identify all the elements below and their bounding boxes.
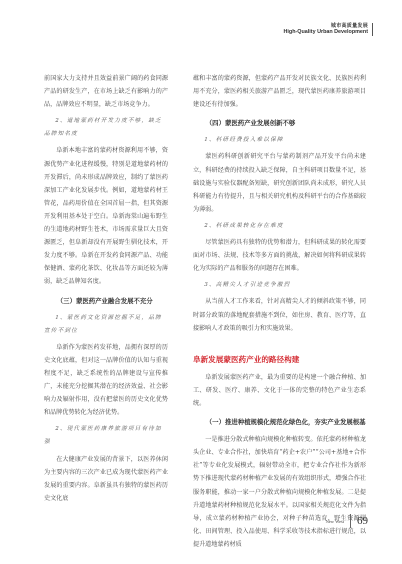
body-paragraph: 阜新作为蒙医药发祥地，品拥有深厚的历史文化底蕴，但对这一品牌价值的认知与重视程度… — [44, 341, 168, 420]
page-footer: New West 69 — [326, 514, 368, 528]
footer-divider — [350, 514, 351, 528]
body-paragraph: 一是推进分散式种植向规模化种植转变。依托蒙药材种植龙头企业、专业合作社，加快培育… — [193, 433, 366, 551]
body-paragraph: 蕴和丰富的蒙药资源，但蒙药产品开发对民族文化、民族医药利用不充分，蒙医药相关旅游… — [193, 72, 366, 111]
body-paragraph: 蒙医药科研创新研究平台与蒙药制剂产品开发平台尚未建立，科研经费的持续投入缺乏保障… — [193, 150, 366, 215]
body-paragraph: 前国家大力支持并且效益前景广阔的药食同源产品的研发生产，在市场上缺乏有影响力的产… — [44, 72, 168, 111]
subsection-heading: 1、科研经费投入难以保障 — [193, 134, 366, 147]
body-paragraph: 在大健康产业发展的背景下，以医养休闲为主要内容的三次产业已成为现代蒙医药产业发展… — [44, 453, 168, 505]
page-number: 69 — [357, 515, 368, 527]
header-divider — [372, 23, 373, 36]
subsection-heading: 2、科研成果转化存在难度 — [193, 220, 366, 233]
header-section-cn: 城市高质量发展 — [284, 22, 368, 29]
subsection-heading: 3、高精尖人才引进竞争激烈 — [193, 279, 366, 292]
body-paragraph: 尽管蒙医药具有独特的优势和潜力，但科研成果的转化需要面对市场、法规、技术等多方面… — [193, 236, 366, 275]
subsection-heading: 2、现代蒙医药康养旅游项目有待加强 — [44, 423, 168, 449]
body-paragraph: 从当前人才工作来看，针对高精尖人才的倾斜政策不够，同时部分政策的落地配套措施不到… — [193, 295, 366, 334]
section-heading: （四）蒙医药产业发展创新不够 — [193, 117, 366, 130]
chapter-heading: 阜新发展蒙医药产业的路径构建 — [193, 353, 366, 366]
running-header: 城市高质量发展 High-Quality Urban Development — [284, 22, 368, 35]
right-column: 蕴和丰富的蒙药资源，但蒙药产品开发对民族文化、民族医药利用不充分，蒙医药相关旅游… — [193, 72, 366, 551]
body-paragraph: 阜新本地丰富的蒙药材资源利用不够，资源优势产业化进程缓慢，特别是道地蒙药材的开发… — [44, 144, 168, 288]
subsection-heading: 2、道地蒙药材开发力度不够，缺乏品牌知名度 — [44, 115, 168, 141]
section-heading: （一）推进种植规模化规范化绿色化，夯实产业发展根基 — [193, 416, 366, 429]
body-paragraph: 阜新发展蒙医药产业，最为重要的是构建一个融合种植、加工、研发、医疗、康养、文化于… — [193, 371, 366, 410]
header-section-en: High-Quality Urban Development — [284, 29, 368, 35]
subsection-heading: 1、蒙医药文化资源挖掘不足，品牌宣传不到位 — [44, 312, 168, 338]
section-heading: （三）蒙医药产业融合发展不充分 — [44, 295, 168, 308]
magazine-name: New West — [326, 519, 344, 524]
left-column: 前国家大力支持并且效益前景广阔的药食同源产品的研发生产，在市场上缺乏有影响力的产… — [44, 72, 168, 505]
